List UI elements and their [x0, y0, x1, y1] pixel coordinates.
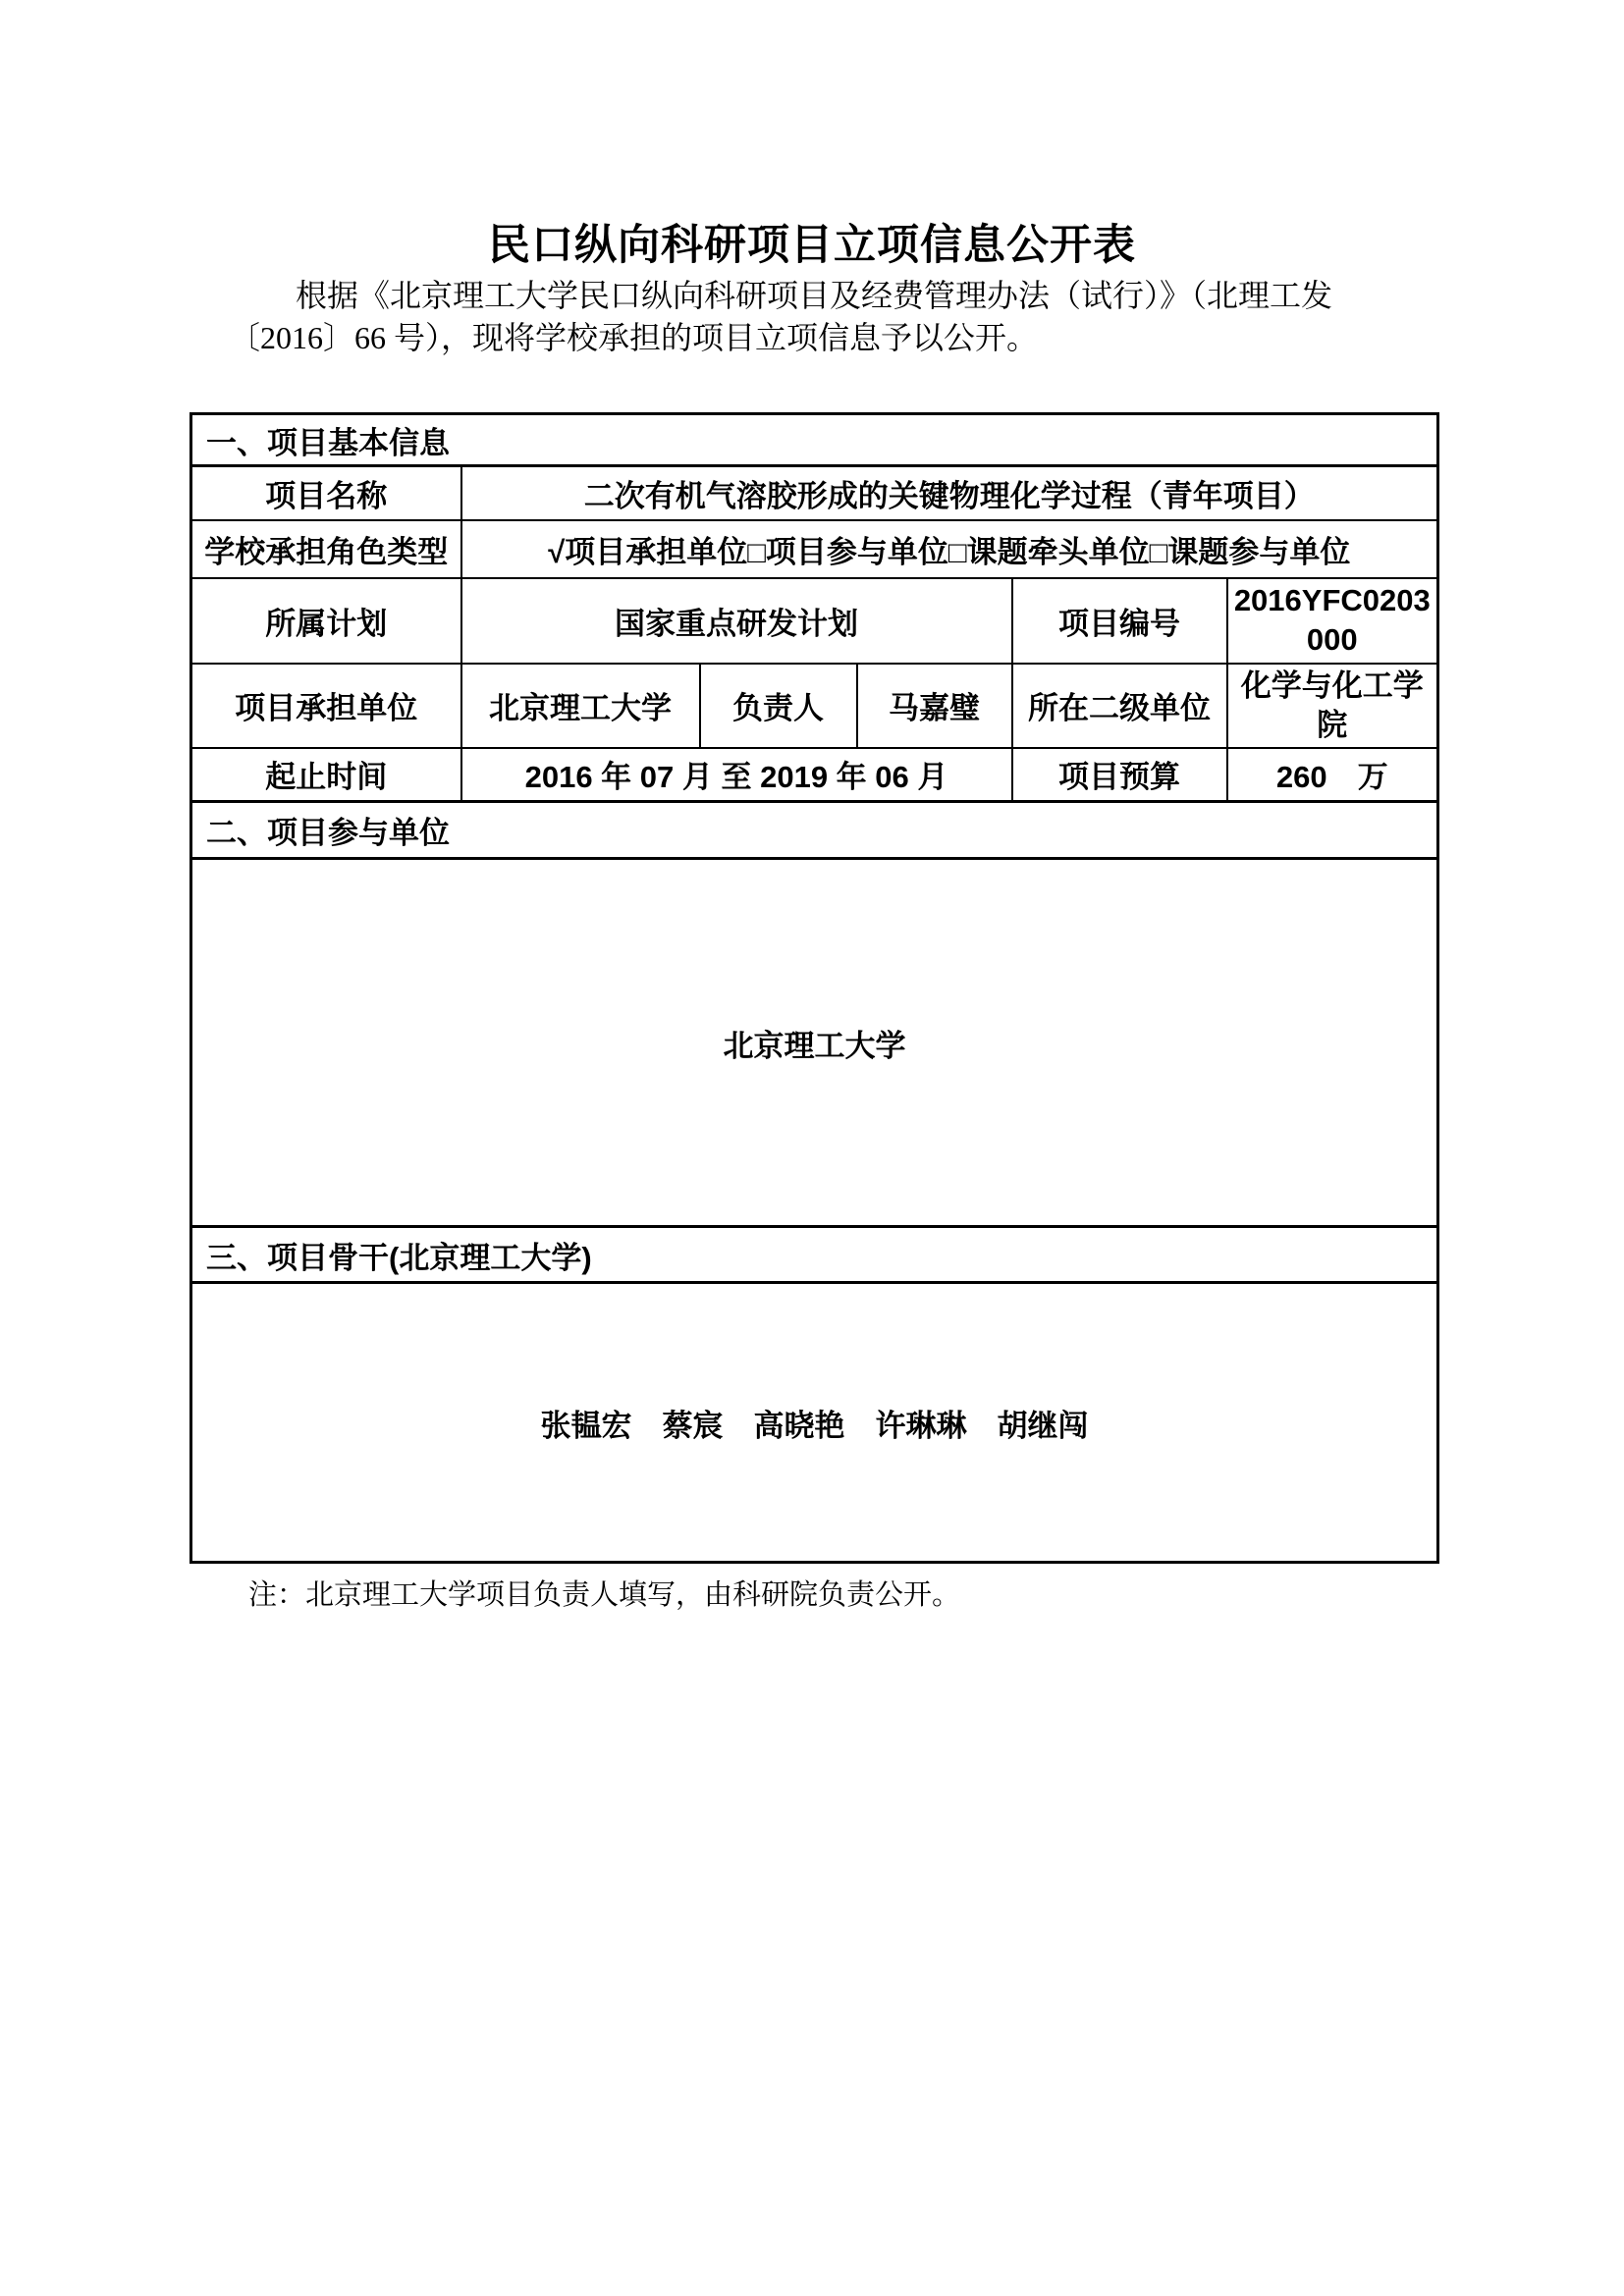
plan-label: 所属计划: [191, 578, 461, 664]
document-title: 民口纵向科研项目立项信息公开表: [0, 212, 1624, 272]
document-page: 民口纵向科研项目立项信息公开表 根据《北京理工大学民口纵向科研项目及经费管理办法…: [0, 0, 1624, 2296]
project-name-value: 二次有机气溶胶形成的关键物理化学过程（青年项目）: [461, 466, 1438, 520]
project-info-table: 一、项目基本信息 项目名称 二次有机气溶胶形成的关键物理化学过程（青年项目） 学…: [189, 412, 1439, 1564]
project-name-label: 项目名称: [191, 466, 461, 520]
role-type-label: 学校承担角色类型: [191, 520, 461, 578]
project-number-label: 项目编号: [1012, 578, 1227, 664]
secondary-unit-label: 所在二级单位: [1012, 664, 1227, 748]
section-participants-header: 二、项目参与单位: [191, 802, 1438, 859]
budget-label: 项目预算: [1012, 748, 1227, 802]
role-type-value: √项目承担单位□项目参与单位□课题牵头单位□课题参与单位: [461, 520, 1438, 578]
leader-value: 马嘉璧: [857, 664, 1012, 748]
budget-value: 260 万: [1227, 748, 1438, 802]
participants-content: 北京理工大学: [191, 859, 1438, 1227]
leader-label: 负责人: [700, 664, 857, 748]
footnote: 注：北京理工大学项目负责人填写，由科研院负责公开。: [248, 1573, 960, 1613]
undertaker-value: 北京理工大学: [461, 664, 700, 748]
section-backbone-header: 三、项目骨干(北京理工大学): [191, 1227, 1438, 1283]
intro-paragraph: 根据《北京理工大学民口纵向科研项目及经费管理办法（试行）》（北理工发 〔2016…: [229, 275, 1417, 359]
section-basic-header: 一、项目基本信息: [191, 414, 1438, 466]
intro-line-2: 〔2016〕66 号），现将学校承担的项目立项信息予以公开。: [229, 317, 1417, 359]
backbone-content: 张韫宏 蔡宸 高晓艳 许琳琳 胡继闯: [191, 1283, 1438, 1563]
secondary-unit-value: 化学与化工学院: [1227, 664, 1438, 748]
undertaker-label: 项目承担单位: [191, 664, 461, 748]
plan-value: 国家重点研发计划: [461, 578, 1012, 664]
intro-line-1: 根据《北京理工大学民口纵向科研项目及经费管理办法（试行）》（北理工发: [229, 275, 1417, 317]
duration-label: 起止时间: [191, 748, 461, 802]
duration-value: 2016 年 07 月 至 2019 年 06 月: [461, 748, 1012, 802]
project-number-value: 2016YFC0203000: [1227, 578, 1438, 664]
